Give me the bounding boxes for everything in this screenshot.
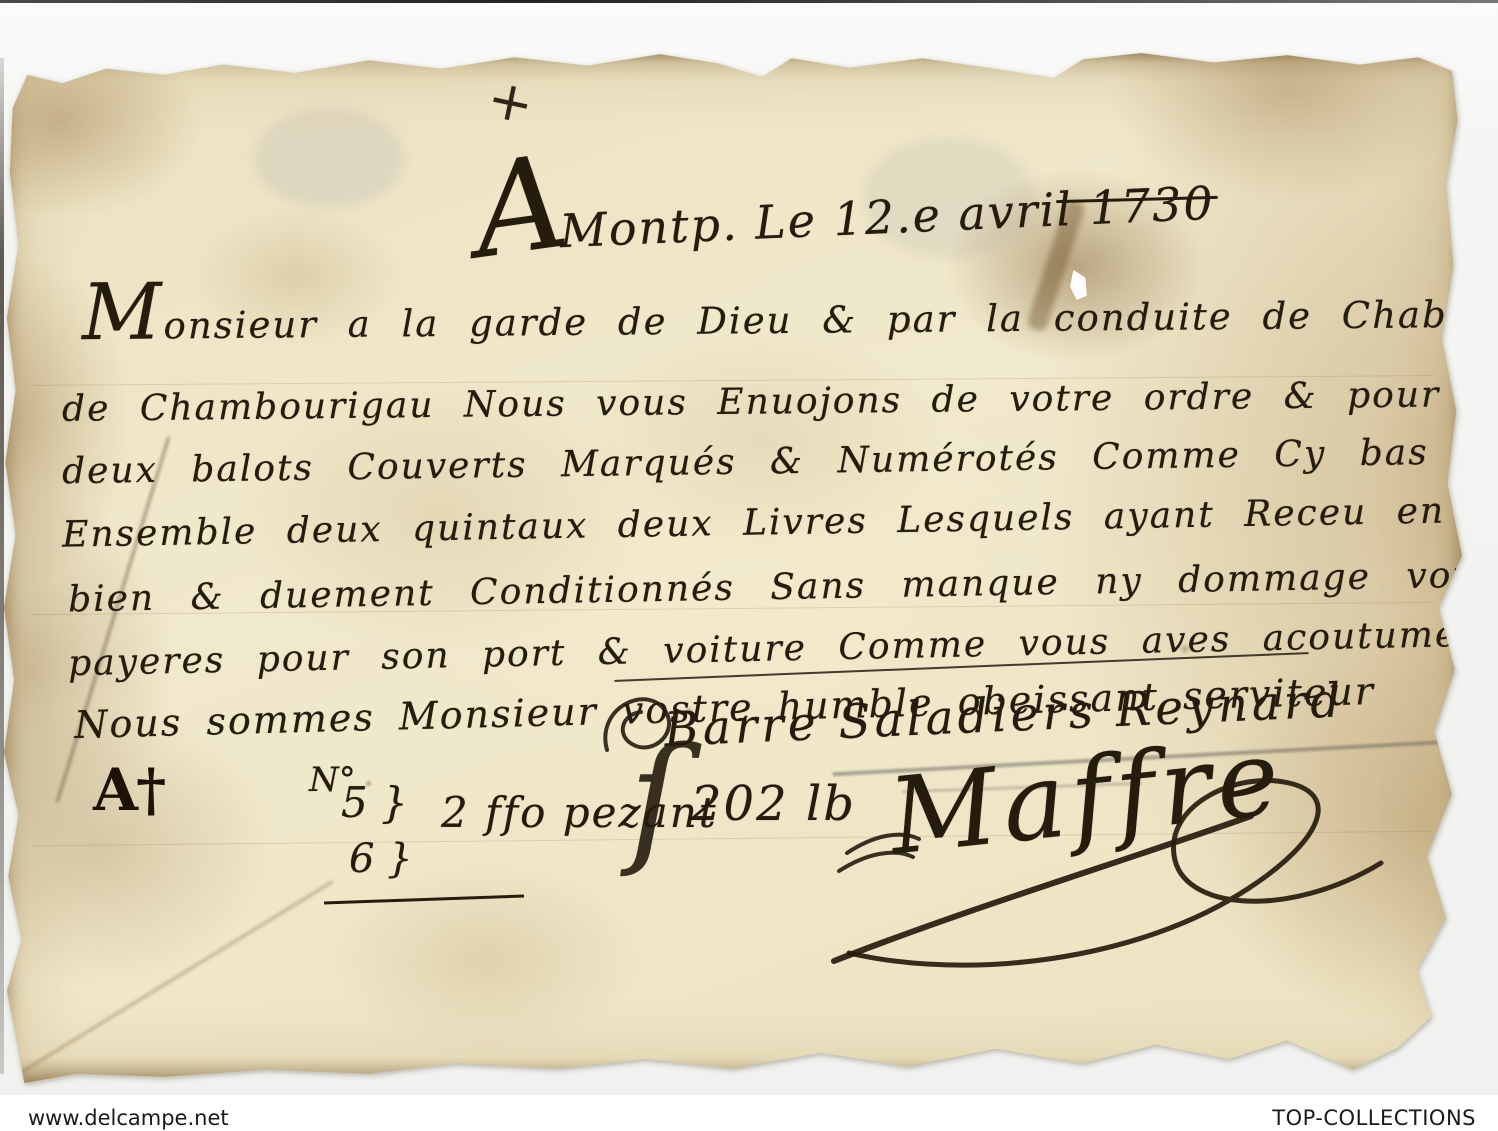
weight-value: 202 lb bbox=[691, 776, 856, 832]
handwritten-line-5: bien & duement Conditionnés Sans manque … bbox=[68, 553, 1498, 621]
underline-stroke bbox=[324, 895, 524, 905]
date-line: A Montp. Le 12.e avril 1730 bbox=[474, 144, 1216, 272]
date-text: Montp. Le 12.e avril 1730 bbox=[559, 176, 1217, 287]
handwritten-line-1: Monsieur a la garde de Dieu & par la con… bbox=[82, 291, 1498, 348]
consignment-mark-block: A† N° 5 } 6 } 2 ffo pezant ſ 202 lb bbox=[89, 748, 809, 958]
cross-mark: + bbox=[482, 66, 539, 137]
scan-edge-line bbox=[0, 0, 1498, 3]
watermark-brand: TOP-COLLECTIONS bbox=[1272, 1106, 1476, 1130]
manuscript-paper: + A Montp. Le 12.e avril 1730 Monsieur a… bbox=[4, 48, 1462, 1084]
watermark-footer: www.delcampe.net TOP-COLLECTIONS bbox=[0, 1095, 1498, 1131]
watermark-url: www.delcampe.net bbox=[28, 1106, 229, 1130]
scanned-document-page: + A Montp. Le 12.e avril 1730 Monsieur a… bbox=[0, 0, 1498, 1131]
handwritten-line-4: Ensemble deux quintaux deux Livres Lesqu… bbox=[62, 485, 1498, 555]
bale-number-bottom: 6 } bbox=[349, 836, 413, 882]
handwritten-line-3: deux balots Couverts Marqués & Numérotés… bbox=[62, 429, 1498, 492]
stain-top-left bbox=[254, 108, 404, 208]
weight-flourish: ſ bbox=[629, 718, 681, 881]
bale-number-top: 5 } bbox=[341, 778, 408, 827]
paper-wrapper: + A Montp. Le 12.e avril 1730 Monsieur a… bbox=[4, 48, 1462, 1084]
merchant-mark: A† bbox=[93, 756, 164, 824]
